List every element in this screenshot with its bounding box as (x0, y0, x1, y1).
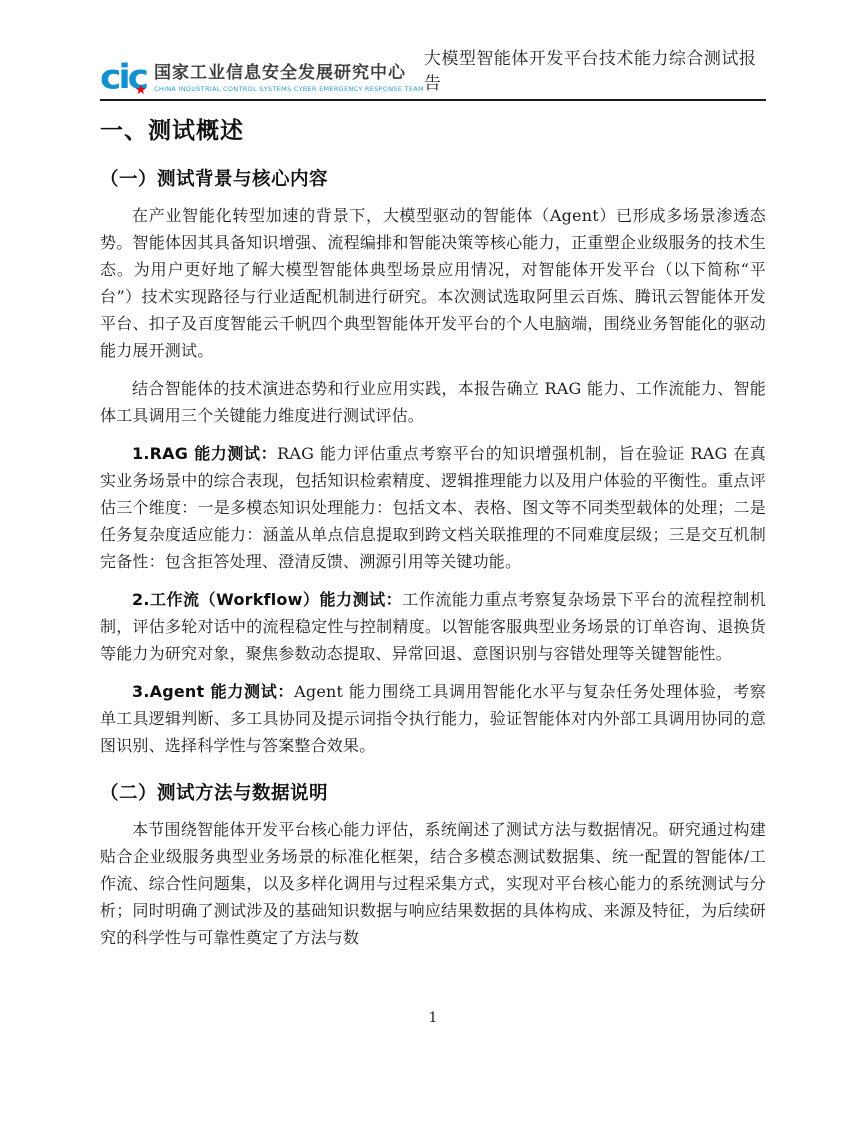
paragraph: 2.工作流（Workflow）能力测试：工作流能力重点考察复杂场景下平台的流程控… (100, 586, 766, 667)
paragraph: 本节围绕智能体开发平台核心能力评估，系统阐述了测试方法与数据情况。研究通过构建贴… (100, 816, 766, 951)
section-2-heading: （二）测试方法与数据说明 (100, 779, 766, 805)
paragraph-lead: 1.RAG 能力测试： (132, 444, 277, 463)
paragraph: 结合智能体的技术演进态势和行业应用实践，本报告确立 RAG 能力、工作流能力、智… (100, 375, 766, 429)
report-page: cic ★ 国家工业信息安全发展研究中心 CHINA INDUSTRIAL CO… (0, 0, 866, 1122)
section-1-heading: （一）测试背景与核心内容 (100, 165, 766, 191)
paragraph-lead: 3.Agent 能力测试： (132, 682, 294, 701)
org-logo: cic ★ 国家工业信息安全发展研究中心 CHINA INDUSTRIAL CO… (100, 61, 424, 95)
document-content: 一、测试概述 （一）测试背景与核心内容 在产业智能化转型加速的背景下，大模型驱动… (100, 92, 766, 951)
chapter-heading: 一、测试概述 (100, 112, 766, 145)
paragraph-text: 结合智能体的技术演进态势和行业应用实践，本报告确立 RAG 能力、工作流能力、智… (100, 379, 766, 425)
paragraph: 1.RAG 能力测试：RAG 能力评估重点考察平台的知识增强机制，旨在验证 RA… (100, 440, 766, 575)
paragraph-lead: 2.工作流（Workflow）能力测试： (132, 590, 402, 609)
paragraph-text: 本节围绕智能体开发平台核心能力评估，系统阐述了测试方法与数据情况。研究通过构建贴… (100, 820, 766, 947)
org-name-cn: 国家工业信息安全发展研究中心 (154, 63, 424, 83)
org-names: 国家工业信息安全发展研究中心 CHINA INDUSTRIAL CONTROL … (154, 63, 424, 93)
paragraph-text: 在产业智能化转型加速的背景下，大模型驱动的智能体（Agent）已形成多场景渗透态… (100, 206, 766, 360)
page-number: 1 (0, 1010, 866, 1026)
paragraph: 在产业智能化转型加速的背景下，大模型驱动的智能体（Agent）已形成多场景渗透态… (100, 202, 766, 364)
paragraph: 3.Agent 能力测试：Agent 能力围绕工具调用智能化水平与复杂任务处理体… (100, 678, 766, 759)
cic-logo-icon: cic ★ (100, 62, 146, 94)
paragraph-text: RAG 能力评估重点考察平台的知识增强机制，旨在验证 RAG 在真实业务场景中的… (100, 444, 766, 571)
report-header-title: 大模型智能体开发平台技术能力综合测试报告 (424, 44, 766, 95)
